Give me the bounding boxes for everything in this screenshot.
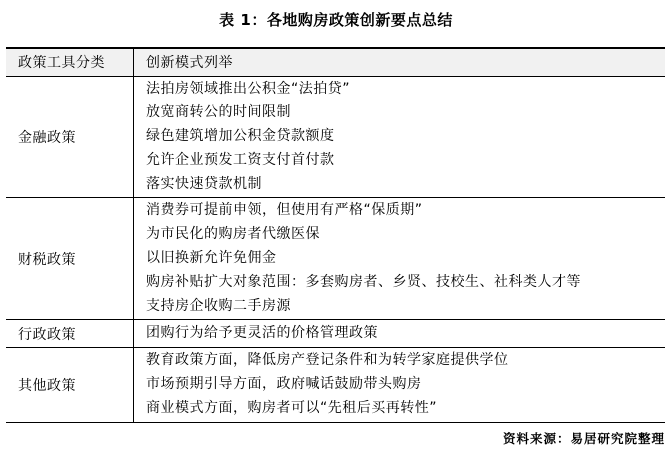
table-title: 表 1：各地购房政策创新要点总结 <box>0 9 672 30</box>
policy-item: 购房补贴扩大对象范围：多套购房者、乡贤、技校生、社科类人才等 <box>146 271 661 295</box>
policy-item: 团购行为给予更灵活的价格管理政策 <box>146 322 661 346</box>
items-cell: 法拍房领域推出公积金“法拍贷” 放宽商转公的时间限制 绿色建筑增加公积金贷款额度… <box>134 76 666 198</box>
items-cell: 教育政策方面，降低房产登记条件和为转学家庭提供学位 市场预期引导方面，政府喊话鼓… <box>134 348 666 422</box>
source-note: 资料来源：易居研究院整理 <box>0 429 665 447</box>
policy-item: 市场预期引导方面，政府喊话鼓励带头购房 <box>146 373 661 397</box>
header-cell-items: 创新模式列举 <box>134 48 666 76</box>
category-cell: 金融政策 <box>6 76 134 198</box>
header-row: 政策工具分类 创新模式列举 <box>6 48 665 76</box>
policy-item: 法拍房领域推出公积金“法拍贷” <box>146 78 661 102</box>
category-cell: 财税政策 <box>6 198 134 320</box>
policy-item: 支持房企收购二手房源 <box>146 295 661 319</box>
category-cell: 其他政策 <box>6 348 134 422</box>
table-row-finance: 金融政策 法拍房领域推出公积金“法拍贷” 放宽商转公的时间限制 绿色建筑增加公积… <box>6 76 665 198</box>
policy-item: 允许企业预发工资支付首付款 <box>146 149 661 173</box>
items-cell: 团购行为给予更灵活的价格管理政策 <box>134 320 666 348</box>
policy-table: 政策工具分类 创新模式列举 金融政策 法拍房领域推出公积金“法拍贷” 放宽商转公… <box>6 47 665 423</box>
policy-item: 为市民化的购房者代缴医保 <box>146 223 661 247</box>
policy-item: 消费券可提前申领，但使用有严格“保质期” <box>146 199 661 223</box>
policy-item: 绿色建筑增加公积金贷款额度 <box>146 125 661 149</box>
category-cell: 行政政策 <box>6 320 134 348</box>
table-row-administrative: 行政政策 团购行为给予更灵活的价格管理政策 <box>6 320 665 348</box>
policy-item: 放宽商转公的时间限制 <box>146 101 661 125</box>
items-cell: 消费券可提前申领，但使用有严格“保质期” 为市民化的购房者代缴医保 以旧换新允许… <box>134 198 666 320</box>
policy-item: 教育政策方面，降低房产登记条件和为转学家庭提供学位 <box>146 349 661 373</box>
policy-item: 落实快速贷款机制 <box>146 173 661 197</box>
table-row-other: 其他政策 教育政策方面，降低房产登记条件和为转学家庭提供学位 市场预期引导方面，… <box>6 348 665 422</box>
policy-item: 以旧换新允许免佣金 <box>146 247 661 271</box>
policy-item: 商业模式方面，购房者可以“先租后买再转性” <box>146 397 661 421</box>
table-row-fiscal: 财税政策 消费券可提前申领，但使用有严格“保质期” 为市民化的购房者代缴医保 以… <box>6 198 665 320</box>
document-page: 表 1：各地购房政策创新要点总结 政策工具分类 创新模式列举 金融政策 法拍房领… <box>0 9 672 447</box>
header-cell-category: 政策工具分类 <box>6 48 134 76</box>
